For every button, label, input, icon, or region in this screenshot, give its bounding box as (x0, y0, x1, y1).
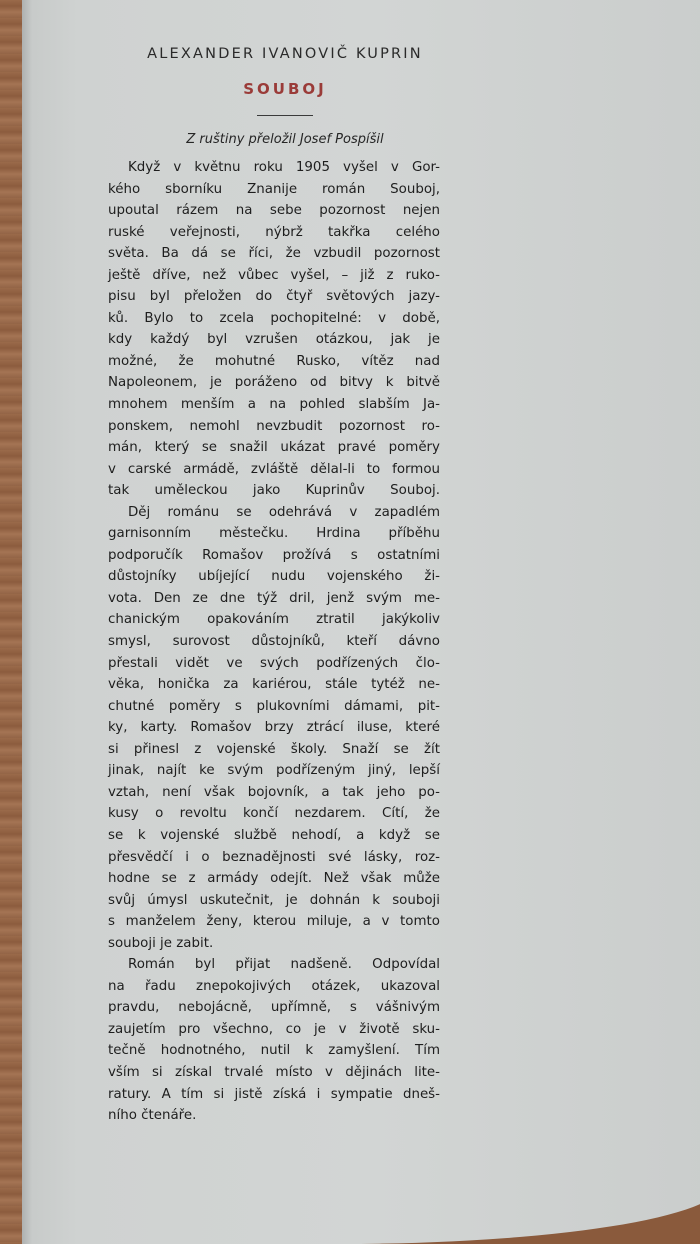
wooden-table-surface (0, 0, 22, 1244)
text-line: upoutal rázem na sebe pozornost nejen (108, 200, 440, 222)
text-line: podporučík Romašov prožívá s ostatními (108, 545, 440, 567)
book-title: SOUBOJ (120, 80, 450, 98)
text-line: pravdu, nebojácně, upřímně, s vášnivým (108, 997, 440, 1019)
text-line: jinak, najít ke svým podřízeným jiný, le… (108, 760, 440, 782)
text-line: ratury. A tím si jistě získá i sympatie … (108, 1084, 440, 1106)
text-line: věka, honička za kariérou, stále tytéž n… (108, 674, 440, 696)
text-line: kého sborníku Znanije román Souboj, (108, 179, 440, 201)
text-line: tak uměleckou jako Kuprinův Souboj. (108, 480, 440, 502)
text-line: svůj úmysl uskutečnit, je dohnán k soubo… (108, 890, 440, 912)
text-line: kusy o revoltu končí nezdarem. Cítí, že (108, 803, 440, 825)
text-line: chanickým opakováním ztratil jakýkoliv (108, 609, 440, 631)
text-line: vším si získal trvalé místo v dějinách l… (108, 1062, 440, 1084)
text-line: ky, karty. Romašov brzy ztrácí iluse, kt… (108, 717, 440, 739)
text-line: vota. Den ze dne týž dril, jenž svým me- (108, 588, 440, 610)
title-divider (257, 115, 313, 116)
text-line: garnisonním městečku. Hrdina příběhu (108, 523, 440, 545)
text-line: kdy každý byl vzrušen otázkou, jak je (108, 329, 440, 351)
text-line: ků. Bylo to zcela pochopitelné: v době, (108, 308, 440, 330)
text-line: zaujetím pro všechno, co je v životě sku… (108, 1019, 440, 1041)
text-line: Děj románu se odehrává v zapadlém (108, 502, 440, 524)
text-line: možné, že mohutné Rusko, vítěz nad (108, 351, 440, 373)
text-line: chutné poměry s plukovními dámami, pit- (108, 696, 440, 718)
text-line: Napoleonem, je poráženo od bitvy k bitvě (108, 372, 440, 394)
text-line: světa. Ba dá se říci, že vzbudil pozorno… (108, 243, 440, 265)
translator-credit: Z ruštiny přeložil Josef Pospíšil (120, 132, 450, 147)
author-name: ALEXANDER IVANOVIČ KUPRIN (120, 46, 450, 62)
synopsis-text: Když v květnu roku 1905 vyšel v Gor- kéh… (108, 157, 440, 1127)
text-line: se k vojenské službě nehodí, a když se (108, 825, 440, 847)
text-line: pisu byl přeložen do čtyř světových jazy… (108, 286, 440, 308)
text-line: na řadu znepokojivých otázek, ukazoval (108, 976, 440, 998)
text-line: s manželem ženy, kterou miluje, a v tomt… (108, 911, 440, 933)
text-line: mán, který se snažil ukázat pravé poměry (108, 437, 440, 459)
text-line: si přinesl z vojenské školy. Snaží se ží… (108, 739, 440, 761)
text-line: hodne se z armády odejít. Než však může (108, 868, 440, 890)
text-line: přestali vidět ve svých podřízených člo- (108, 653, 440, 675)
text-line: ruské veřejnosti, nýbrž takřka celého (108, 222, 440, 244)
text-line: ponskem, nemohl nevzbudit pozornost ro- (108, 416, 440, 438)
text-line: přesvědčí i o beznadějnosti své lásky, r… (108, 847, 440, 869)
text-line: ního čtenáře. (108, 1105, 440, 1127)
text-line: souboji je zabit. (108, 933, 440, 955)
page-gutter-shadow (22, 0, 32, 1244)
text-line: Román byl přijat nadšeně. Odpovídal (108, 954, 440, 976)
text-line: mnohem menším a na pohled slabším Ja- (108, 394, 440, 416)
text-line: v carské armádě, zvláště dělal-li to for… (108, 459, 440, 481)
text-line: ještě dříve, než vůbec vyšel, – již z ru… (108, 265, 440, 287)
text-line: vztah, není však bojovník, a tak jeho po… (108, 782, 440, 804)
text-line: tečně hodnotného, nutil k zamyšlení. Tím (108, 1040, 440, 1062)
text-line: smysl, surovost důstojníků, kteří dávno (108, 631, 440, 653)
text-line: důstojníky ubíjející nudu vojenského ži- (108, 566, 440, 588)
text-line: Když v květnu roku 1905 vyšel v Gor- (108, 157, 440, 179)
